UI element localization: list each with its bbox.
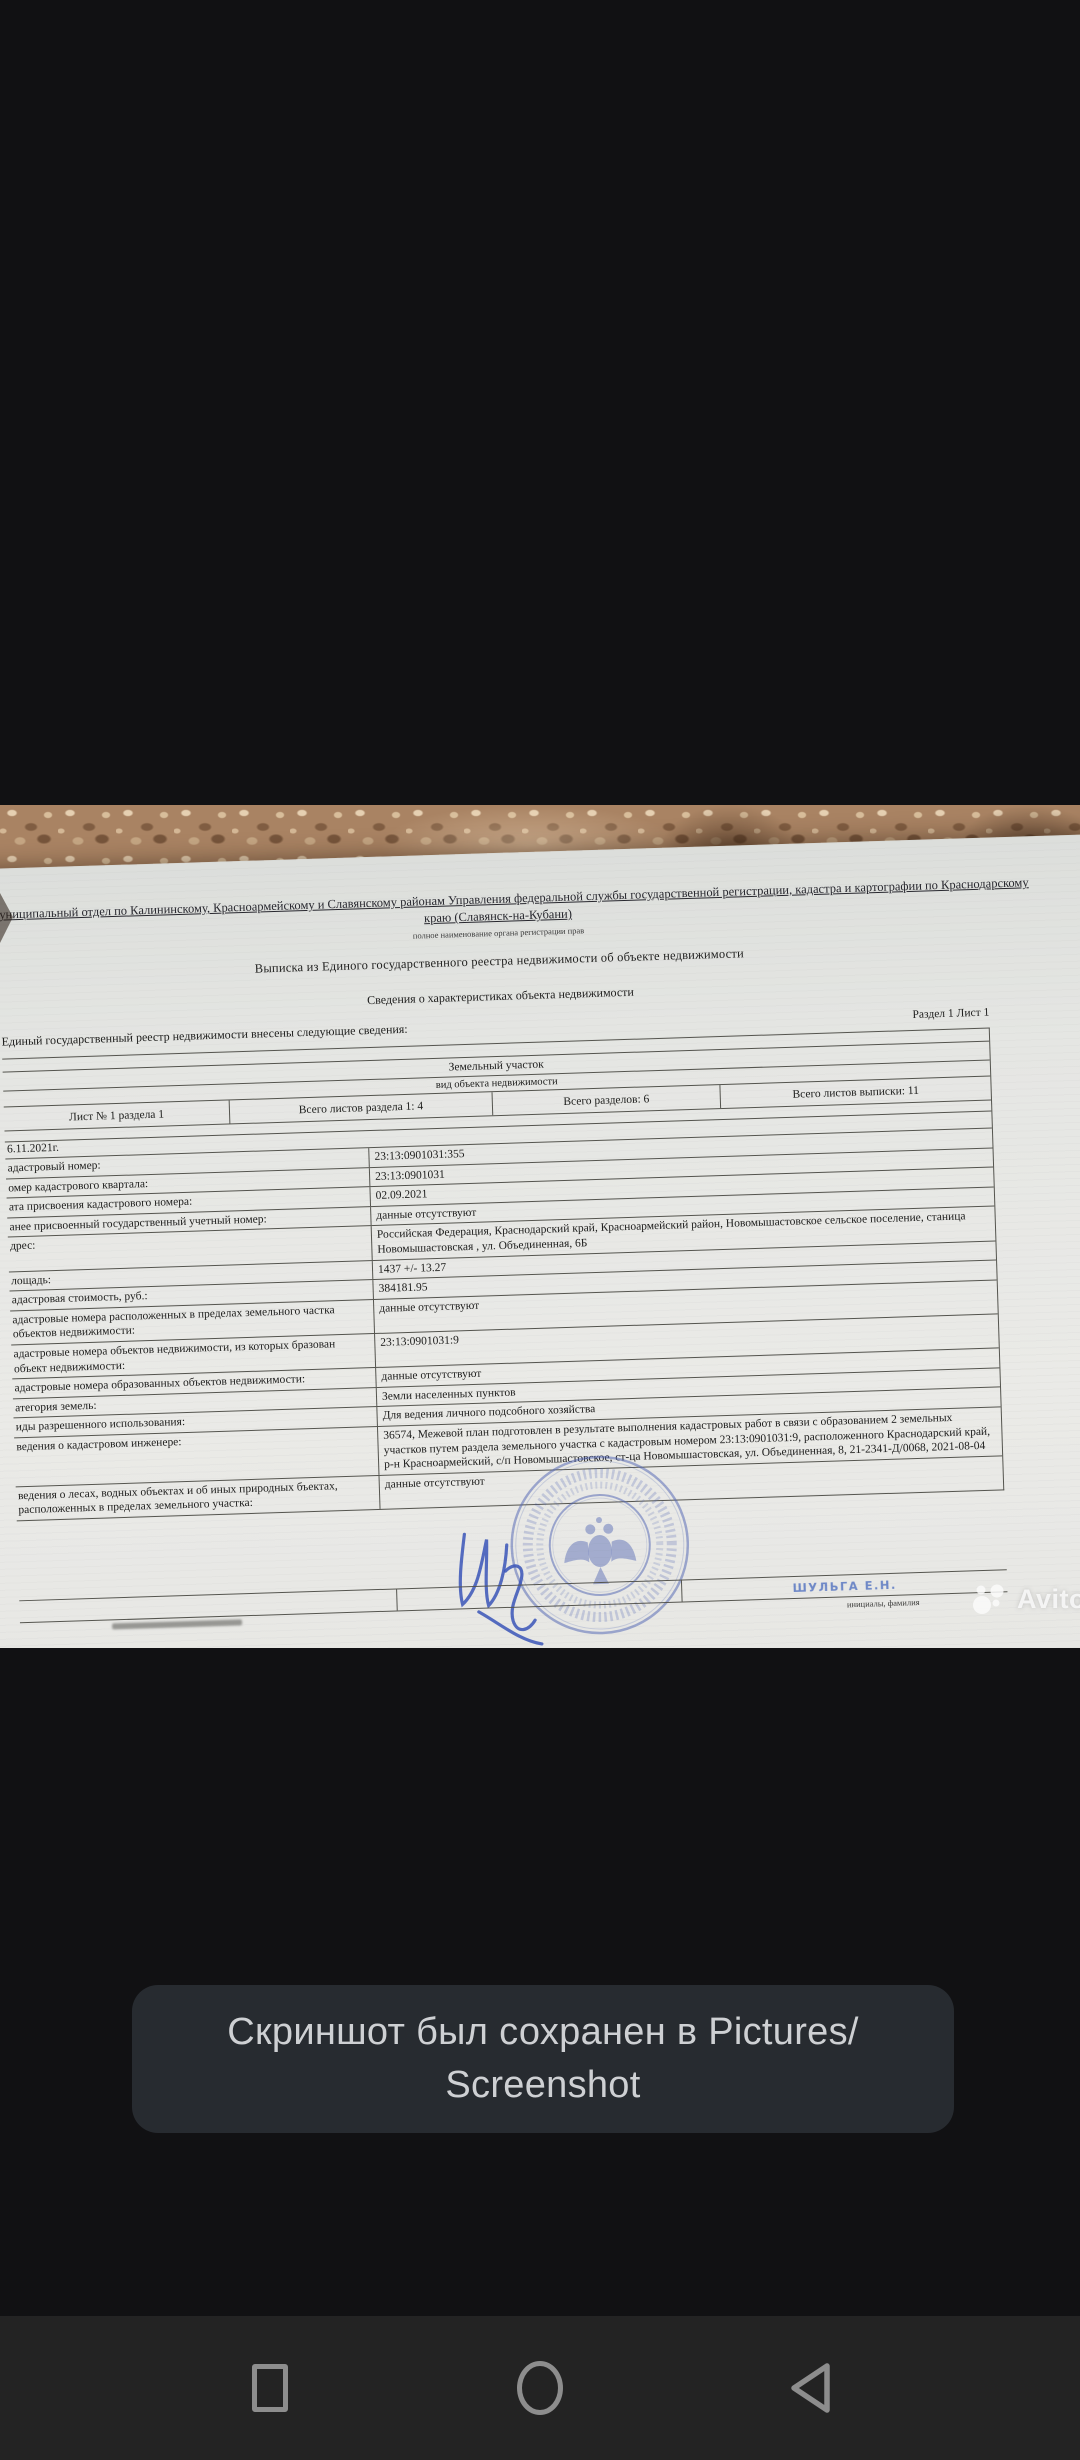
egrn-extract-document: Межмуниципальный отдел по Калининскому, … bbox=[0, 838, 1004, 1522]
table-row: ата присвоения кадастрового номера:02.09… bbox=[7, 1168, 994, 1219]
row-value: данные отсутствуют bbox=[371, 1187, 994, 1225]
home-button[interactable] bbox=[460, 2316, 620, 2460]
table-row: дрес:Российская Федерация, Краснодарский… bbox=[8, 1207, 996, 1272]
row-label: ата присвоения кадастрового номера: bbox=[7, 1187, 371, 1217]
home-circle-icon bbox=[517, 2361, 563, 2415]
sheet-col-3: Всего листов выписки: 11 bbox=[720, 1077, 991, 1108]
sheet-col-0: Лист № 1 раздела 1 bbox=[4, 1100, 231, 1130]
row-value: 36574, Межевой план подготовлен в резуль… bbox=[378, 1407, 1002, 1474]
avito-watermark-text: Avito bbox=[1017, 1584, 1080, 1615]
table-row: анее присвоенный государственный учетный… bbox=[7, 1187, 994, 1238]
row-label: адастровые номера расположенных в предел… bbox=[10, 1300, 375, 1345]
row-label: адастровые номера образованных объектов … bbox=[12, 1368, 376, 1398]
document-photo[interactable]: Межмуниципальный отдел по Калининскому, … bbox=[0, 805, 1080, 1648]
object-kind-caption-row: вид объекта недвижимости bbox=[3, 1061, 990, 1108]
paper-edge-shadow bbox=[0, 893, 13, 943]
intro-text: Единый государственный реестр недвижимос… bbox=[1, 1022, 407, 1050]
document-paper: Межмуниципальный отдел по Калининскому, … bbox=[0, 833, 1080, 1648]
row-value: 1437 +/- 13.27 bbox=[373, 1241, 996, 1279]
screenshot-saved-toast: Скриншот был сохранен в Pictures/ Screen… bbox=[132, 1985, 954, 2133]
android-navigation-bar bbox=[0, 2316, 1080, 2460]
signatory-name-stamp: ШУЛЬГА Е.Н. bbox=[792, 1577, 897, 1594]
date-row: 6.11.2021г. bbox=[5, 1112, 992, 1160]
row-value: данные отсутствуют bbox=[380, 1456, 1004, 1509]
row-label: дрес: bbox=[8, 1226, 373, 1271]
back-button[interactable] bbox=[730, 2316, 890, 2460]
row-value: данные отсутствуют bbox=[374, 1280, 998, 1333]
toast-text-line1: Скриншот был сохранен в Pictures/ bbox=[227, 2006, 859, 2059]
row-value: Для ведения личного подсобного хозяйства bbox=[377, 1388, 1000, 1426]
table-empty-row bbox=[2, 1029, 989, 1073]
table-row: адастровый номер:23:13:0901031:355 bbox=[5, 1129, 992, 1180]
table-row: ведения о кадастровом инженере:36574, Ме… bbox=[14, 1407, 1002, 1487]
row-value: данные отсутствуют bbox=[376, 1349, 999, 1387]
row-label: иды разрешенного использования: bbox=[14, 1407, 378, 1437]
table-row: лощадь:1437 +/- 13.27 bbox=[9, 1241, 996, 1292]
document-subtitle: Сведения о характеристиках объекта недви… bbox=[0, 972, 1040, 1021]
row-value: Земли населенных пунктов bbox=[377, 1368, 1000, 1406]
row-label: лощадь: bbox=[9, 1261, 373, 1291]
sheet-cols: Лист № 1 раздела 1Всего листов раздела 1… bbox=[4, 1077, 991, 1132]
table-row: адастровая стоимость, руб.:384181.95 bbox=[10, 1261, 997, 1312]
official-round-stamp bbox=[502, 1447, 698, 1643]
recents-button[interactable] bbox=[190, 2316, 350, 2460]
document-header: Межмуниципальный отдел по Калининскому, … bbox=[0, 874, 1040, 1021]
authority-name-caption: полное наименование органа регистрации п… bbox=[0, 911, 1038, 955]
table-row: ведения о лесах, водных объектах и об ин… bbox=[16, 1456, 1004, 1520]
registration-authority-name: Межмуниципальный отдел по Калининскому, … bbox=[0, 874, 1038, 942]
intro-row: Единый государственный реестр недвижимос… bbox=[1, 1004, 989, 1050]
row-value: 384181.95 bbox=[373, 1261, 996, 1299]
double-headed-eagle-emblem bbox=[563, 1516, 637, 1585]
row-value: 23:13:0901031:9 bbox=[375, 1314, 999, 1367]
position-cell bbox=[19, 1589, 397, 1622]
object-kind-row: Земельный участок bbox=[3, 1042, 990, 1092]
recents-square-icon bbox=[252, 2364, 288, 2412]
document-title: Выписка из Единого государственного реес… bbox=[0, 937, 1039, 986]
table-row: адастровые номера образованных объектов … bbox=[12, 1349, 999, 1400]
back-triangle-icon bbox=[783, 2359, 837, 2417]
handwritten-signature bbox=[445, 1490, 600, 1648]
row-label: ведения о кадастровом инженере: bbox=[14, 1427, 379, 1486]
row-value: 02.09.2021 bbox=[370, 1168, 993, 1206]
name-cell: ШУЛЬГА Е.Н. bbox=[682, 1570, 1007, 1601]
section-sheet-label: Раздел 1 Лист 1 bbox=[912, 1007, 989, 1021]
illegible-caption-smudge bbox=[112, 1619, 242, 1629]
phone-screen: Межмуниципальный отдел по Калининскому, … bbox=[0, 0, 1080, 2460]
table-row: адастровые номера объектов недвижимости,… bbox=[11, 1314, 999, 1379]
row-value: 23:13:0901031:355 bbox=[369, 1129, 992, 1167]
signature-captions: инициалы, фамилия bbox=[20, 1592, 1008, 1635]
signature-row: ШУЛЬГА Е.Н. bbox=[19, 1569, 1007, 1623]
characteristics-table: Земельный участок вид объекта недвижимос… bbox=[2, 1028, 1004, 1522]
doc-table-rows: адастровый номер:23:13:0901031:355омер к… bbox=[5, 1129, 1003, 1521]
row-label: адастровые номера объектов недвижимости,… bbox=[11, 1334, 376, 1379]
row-label: адастровый номер: bbox=[5, 1148, 369, 1178]
row-label: адастровая стоимость, руб.: bbox=[10, 1280, 374, 1310]
table-row: иды разрешенного использования:Для веден… bbox=[14, 1388, 1001, 1439]
row-label: атегория земель: bbox=[13, 1388, 377, 1418]
row-value: Российская Федерация, Краснодарский край… bbox=[372, 1207, 996, 1260]
row-value: 23:13:0901031 bbox=[370, 1148, 993, 1186]
table-row: адастровые номера расположенных в предел… bbox=[10, 1280, 998, 1345]
table-row: омер кадастрового квартала:23:13:0901031 bbox=[6, 1148, 993, 1199]
toast-text-line2: Screenshot bbox=[445, 2059, 640, 2112]
sheet-col-1: Всего листов раздела 1: 4 bbox=[230, 1092, 494, 1123]
initials-surname-caption: инициалы, фамилия bbox=[759, 1592, 1008, 1612]
table-empty-row bbox=[5, 1101, 992, 1143]
avito-logo-icon bbox=[972, 1581, 1012, 1617]
sheet-col-2: Всего разделов: 6 bbox=[493, 1085, 722, 1115]
avito-watermark: Avito bbox=[972, 1581, 1080, 1617]
row-label: анее присвоенный государственный учетный… bbox=[7, 1207, 371, 1237]
row-label: ведения о лесах, водных объектах и об ин… bbox=[16, 1476, 381, 1521]
signature-block: ШУЛЬГА Е.Н. инициалы, фамилия bbox=[19, 1569, 1008, 1635]
row-label: омер кадастрового квартала: bbox=[6, 1168, 370, 1198]
signature-cell bbox=[397, 1580, 683, 1610]
table-row: атегория земель:Земли населенных пунктов bbox=[13, 1368, 1000, 1419]
